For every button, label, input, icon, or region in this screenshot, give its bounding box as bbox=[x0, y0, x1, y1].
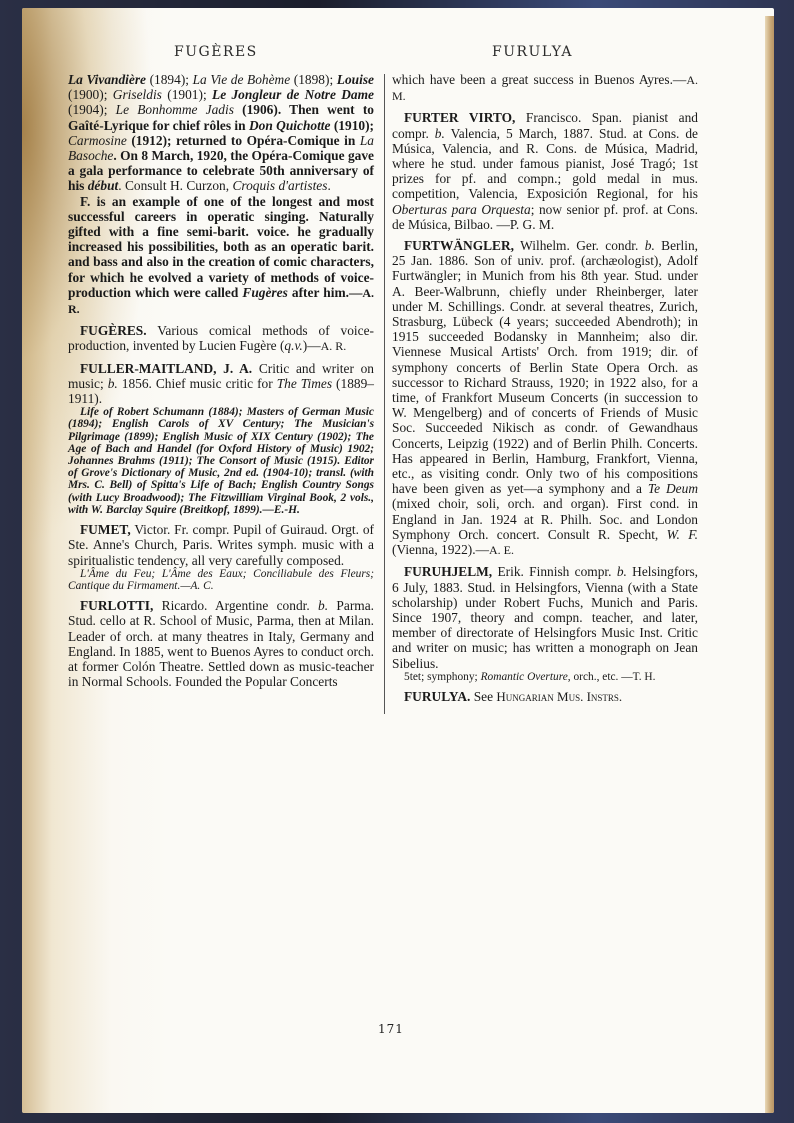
paragraph: which have been a great success in Bueno… bbox=[392, 72, 698, 104]
text: Erik. Finnish compr. bbox=[492, 564, 617, 579]
entry-furtwangler: FURTWÄNGLER, Wilhelm. Ger. condr. b. Ber… bbox=[392, 238, 698, 558]
left-column: La Vivandière (1894); La Vie de Bohème (… bbox=[68, 72, 374, 695]
works-list: Life of Robert Schumann (1884); Masters … bbox=[68, 406, 374, 516]
paragraph: La Vivandière (1894); La Vie de Bohème (… bbox=[68, 72, 374, 194]
entry-heading: FURTWÄNGLER, bbox=[404, 238, 514, 253]
title-italic: The Times bbox=[277, 376, 332, 391]
entry-furter-virto: FURTER VIRTO, Francisco. Span. pianist a… bbox=[392, 110, 698, 232]
paragraph: FURUHJELM, Erik. Finnish compr. b. Helsi… bbox=[392, 564, 698, 670]
born-abbrev: b. bbox=[435, 126, 445, 141]
text: (Vienna, 1922).— bbox=[392, 542, 489, 557]
works-list: L'Âme du Feu; L'Âme des Eaux; Conciliabu… bbox=[68, 568, 374, 592]
text: . Consult H. Curzon, bbox=[118, 178, 232, 193]
text: after him.— bbox=[288, 285, 363, 300]
text: )— bbox=[303, 338, 321, 353]
entry-furlotti: FURLOTTI, Ricardo. Argentine condr. b. P… bbox=[68, 598, 374, 689]
title-italic: Louise bbox=[337, 72, 374, 87]
text: (1898); bbox=[290, 72, 337, 87]
title-italic: W. F. bbox=[667, 527, 698, 542]
born-abbrev: b. bbox=[645, 238, 655, 253]
entry-fugeres: FUGÈRES. Various comical methods of voic… bbox=[68, 323, 374, 354]
entry-fuller-maitland: FULLER-MAITLAND, J. A. Critic and writer… bbox=[68, 361, 374, 516]
entry-fumet: FUMET, Victor. Fr. compr. Pupil of Guira… bbox=[68, 522, 374, 592]
entry-heading: FURULYA. bbox=[404, 689, 470, 704]
title-italic: Te Deum bbox=[648, 481, 698, 496]
text: (1900); bbox=[68, 87, 113, 102]
entry-furulya: FURULYA. See Hungarian Mus. Instrs. bbox=[392, 689, 698, 704]
paragraph: FURTER VIRTO, Francisco. Span. pianist a… bbox=[392, 110, 698, 232]
paragraph: FUMET, Victor. Fr. compr. Pupil of Guira… bbox=[68, 522, 374, 568]
text: Berlin, 25 Jan. 1886. Son of univ. prof.… bbox=[392, 238, 698, 496]
born-abbrev: b. bbox=[108, 376, 118, 391]
running-head-left: FUGÈRES bbox=[174, 44, 258, 60]
paragraph: FULLER-MAITLAND, J. A. Critic and writer… bbox=[68, 361, 374, 407]
paragraph: FURTWÄNGLER, Wilhelm. Ger. condr. b. Ber… bbox=[392, 238, 698, 558]
signature: A. R. bbox=[321, 339, 347, 353]
title-italic: Le Jongleur de Notre Dame bbox=[212, 87, 374, 102]
text: Helsingfors, 6 July, 1883. Stud. in Hels… bbox=[392, 564, 698, 670]
title-italic: début bbox=[88, 178, 119, 193]
title-italic: q.v. bbox=[284, 338, 302, 353]
cross-reference: Hungarian Mus. Instrs. bbox=[496, 689, 622, 704]
column-divider bbox=[384, 74, 385, 714]
paragraph: FURLOTTI, Ricardo. Argentine condr. b. P… bbox=[68, 598, 374, 689]
title-italic: Croquis d'artistes bbox=[232, 178, 327, 193]
title-italic: La Vivandière bbox=[68, 72, 146, 87]
entry-heading: FURTER VIRTO, bbox=[404, 110, 515, 125]
text: (1910); bbox=[330, 118, 374, 133]
signature: A. E. bbox=[489, 543, 514, 557]
text: 1856. Chief music critic for bbox=[118, 376, 277, 391]
entry-heading: FUGÈRES. bbox=[80, 323, 147, 338]
entry-furuhjelm: FURUHJELM, Erik. Finnish compr. b. Helsi… bbox=[392, 564, 698, 683]
running-head-right: FURULYA bbox=[492, 44, 573, 60]
photo-background: FUGÈRES FURULYA La Vivandière (1894); La… bbox=[0, 0, 794, 1123]
title-italic: Carmosine bbox=[68, 133, 127, 148]
entry-heading: FULLER-MAITLAND, J. A. bbox=[80, 361, 252, 376]
text: . bbox=[327, 178, 330, 193]
paragraph: F. is an example of one of the longest a… bbox=[68, 194, 374, 318]
text: , orch., etc. —T. H. bbox=[568, 671, 656, 683]
text: (1901); bbox=[162, 87, 212, 102]
text: (1894); bbox=[146, 72, 193, 87]
title-italic: Oberturas para Orquesta bbox=[392, 202, 531, 217]
title-italic: Don Quichotte bbox=[249, 118, 331, 133]
title-italic: La Vie de Bohème bbox=[193, 72, 291, 87]
text: (1912); returned to Opéra-Comique in bbox=[127, 133, 360, 148]
title-italic: Le Bonhomme Jadis bbox=[116, 102, 234, 117]
text: (mixed choir, soli, orch. and organ). Fi… bbox=[392, 496, 698, 541]
right-column: which have been a great success in Bueno… bbox=[392, 72, 698, 710]
book-page: FUGÈRES FURULYA La Vivandière (1894); La… bbox=[22, 8, 774, 1113]
text: (1904); bbox=[68, 102, 116, 117]
text: Wilhelm. Ger. condr. bbox=[514, 238, 645, 253]
entry-heading: FURLOTTI, bbox=[80, 598, 153, 613]
text: 5tet; symphony; bbox=[404, 671, 481, 683]
title-italic: Griseldis bbox=[113, 87, 162, 102]
entry-furlotti-continuation: which have been a great success in Bueno… bbox=[392, 72, 698, 104]
entry-fugeres-continuation: La Vivandière (1894); La Vie de Bohème (… bbox=[68, 72, 374, 317]
born-abbrev: b. bbox=[318, 598, 328, 613]
text: Ricardo. Argentine condr. bbox=[153, 598, 318, 613]
entry-heading: FURUHJELM, bbox=[404, 564, 492, 579]
born-abbrev: b. bbox=[617, 564, 627, 579]
text: See bbox=[470, 689, 496, 704]
text: which have been a great success in Bueno… bbox=[392, 72, 686, 87]
page-number: 171 bbox=[378, 1022, 404, 1036]
title-italic: Fugères bbox=[242, 285, 287, 300]
paragraph: FUGÈRES. Various comical methods of voic… bbox=[68, 323, 374, 354]
title-italic: Romantic Overture bbox=[481, 671, 568, 683]
works-list: 5tet; symphony; Romantic Overture, orch.… bbox=[392, 671, 698, 683]
paragraph: FURULYA. See Hungarian Mus. Instrs. bbox=[392, 689, 698, 704]
entry-heading: FUMET, bbox=[80, 522, 131, 537]
